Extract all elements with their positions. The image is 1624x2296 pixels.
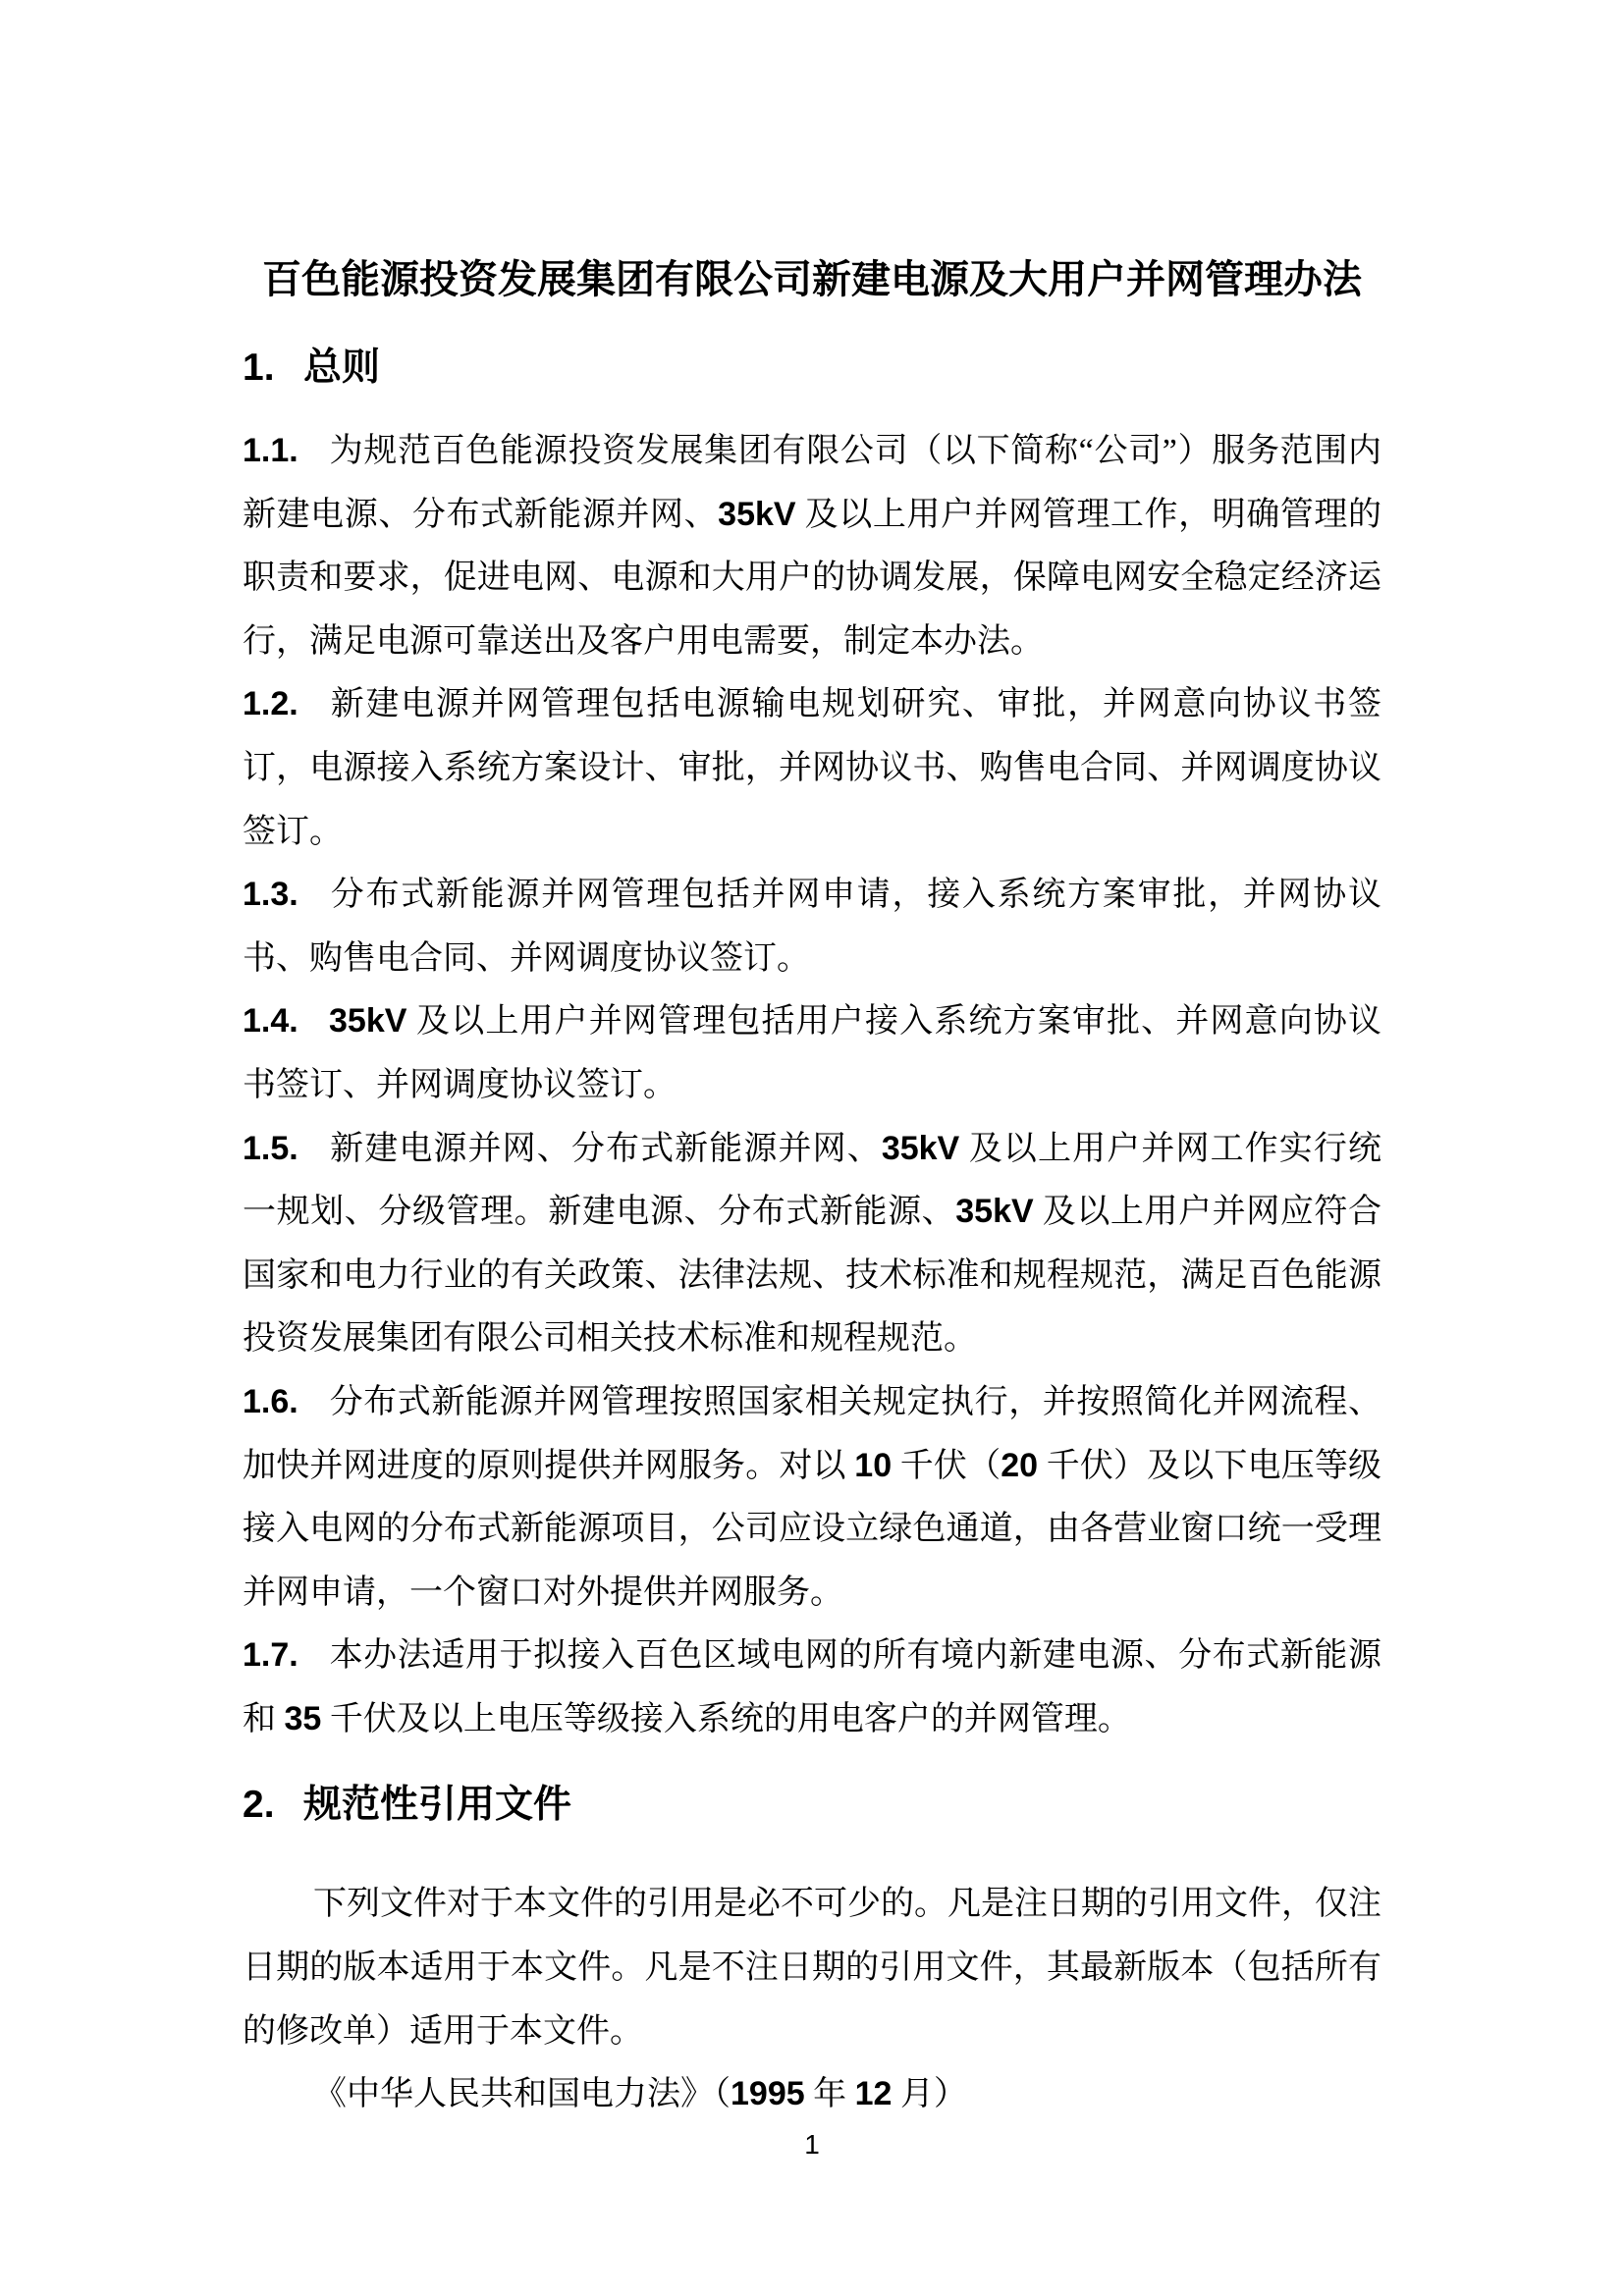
clause-1-5: 1.5.新建电源并网、分布式新能源并网、35kV 及以上用户并网工作实行统一规划…	[243, 1118, 1381, 1371]
clause-1-6: 1.6.分布式新能源并网管理按照国家相关规定执行，并按照简化并网流程、加快并网进…	[243, 1371, 1381, 1625]
reference-electric-power-law: 《中华人民共和国电力法》（1995 年 12 月）	[243, 2063, 1381, 2127]
section-2-paragraph: 下列文件对于本文件的引用是必不可少的。凡是注日期的引用文件，仅注日期的版本适用于…	[243, 1873, 1381, 2063]
clause-1-4: 1.4.35kV 及以上用户并网管理包括用户接入系统方案审批、并网意向协议书签订…	[243, 990, 1381, 1117]
document-page: 百色能源投资发展集团有限公司新建电源及大用户并网管理办法 1.总则 1.1.为规…	[0, 0, 1624, 2296]
clause-1-6-text: 分布式新能源并网管理按照国家相关规定执行，并按照简化并网流程、加快并网进度的原则…	[243, 1384, 1381, 1611]
section-2-body: 下列文件对于本文件的引用是必不可少的。凡是注日期的引用文件，仅注日期的版本适用于…	[243, 1873, 1381, 2126]
clause-1-5-text: 新建电源并网、分布式新能源并网、35kV 及以上用户并网工作实行统一规划、分级管…	[243, 1131, 1381, 1358]
document-title: 百色能源投资发展集团有限公司新建电源及大用户并网管理办法	[243, 248, 1381, 311]
section-2-number: 2.	[243, 1774, 303, 1837]
clause-1-2-number: 1.2.	[243, 687, 329, 721]
clause-1-2-text: 新建电源并网管理包括电源输电规划研究、审批，并网意向协议书签订，电源接入系统方案…	[243, 686, 1381, 849]
section-1-heading: 1.总则	[243, 337, 1381, 400]
clause-1-6-number: 1.6.	[243, 1385, 329, 1418]
clause-1-1: 1.1.为规范百色能源投资发展集团有限公司（以下简称“公司”）服务范围内新建电源…	[243, 420, 1381, 673]
clause-1-3-number: 1.3.	[243, 878, 329, 911]
clause-1-2: 1.2.新建电源并网管理包括电源输电规划研究、审批，并网意向协议书签订，电源接入…	[243, 673, 1381, 864]
section-2-heading: 2.规范性引用文件	[243, 1774, 1381, 1837]
clause-1-1-text: 为规范百色能源投资发展集团有限公司（以下简称“公司”）服务范围内新建电源、分布式…	[243, 433, 1381, 660]
section-2-title: 规范性引用文件	[303, 1784, 571, 1826]
section-1-title: 总则	[303, 347, 380, 389]
clause-1-4-text: 35kV 及以上用户并网管理包括用户接入系统方案审批、并网意向协议书签订、并网调…	[243, 1003, 1381, 1103]
clause-1-7-number: 1.7.	[243, 1638, 329, 1672]
clause-1-7-text: 本办法适用于拟接入百色区域电网的所有境内新建电源、分布式新能源和 35 千伏及以…	[243, 1637, 1381, 1737]
section-1-clauses: 1.1.为规范百色能源投资发展集团有限公司（以下简称“公司”）服务范围内新建电源…	[243, 420, 1381, 1751]
clause-1-3-text: 分布式新能源并网管理包括并网申请，接入系统方案审批，并网协议书、购售电合同、并网…	[243, 877, 1381, 977]
page-number: 1	[0, 2128, 1624, 2162]
clause-1-7: 1.7.本办法适用于拟接入百色区域电网的所有境内新建电源、分布式新能源和 35 …	[243, 1625, 1381, 1751]
clause-1-5-number: 1.5.	[243, 1132, 329, 1165]
clause-1-4-number: 1.4.	[243, 1004, 329, 1038]
clause-1-1-number: 1.1.	[243, 434, 329, 467]
clause-1-3: 1.3.分布式新能源并网管理包括并网申请，接入系统方案审批，并网协议书、购售电合…	[243, 864, 1381, 990]
page-content: 百色能源投资发展集团有限公司新建电源及大用户并网管理办法 1.总则 1.1.为规…	[243, 0, 1381, 2127]
section-1-number: 1.	[243, 337, 303, 400]
